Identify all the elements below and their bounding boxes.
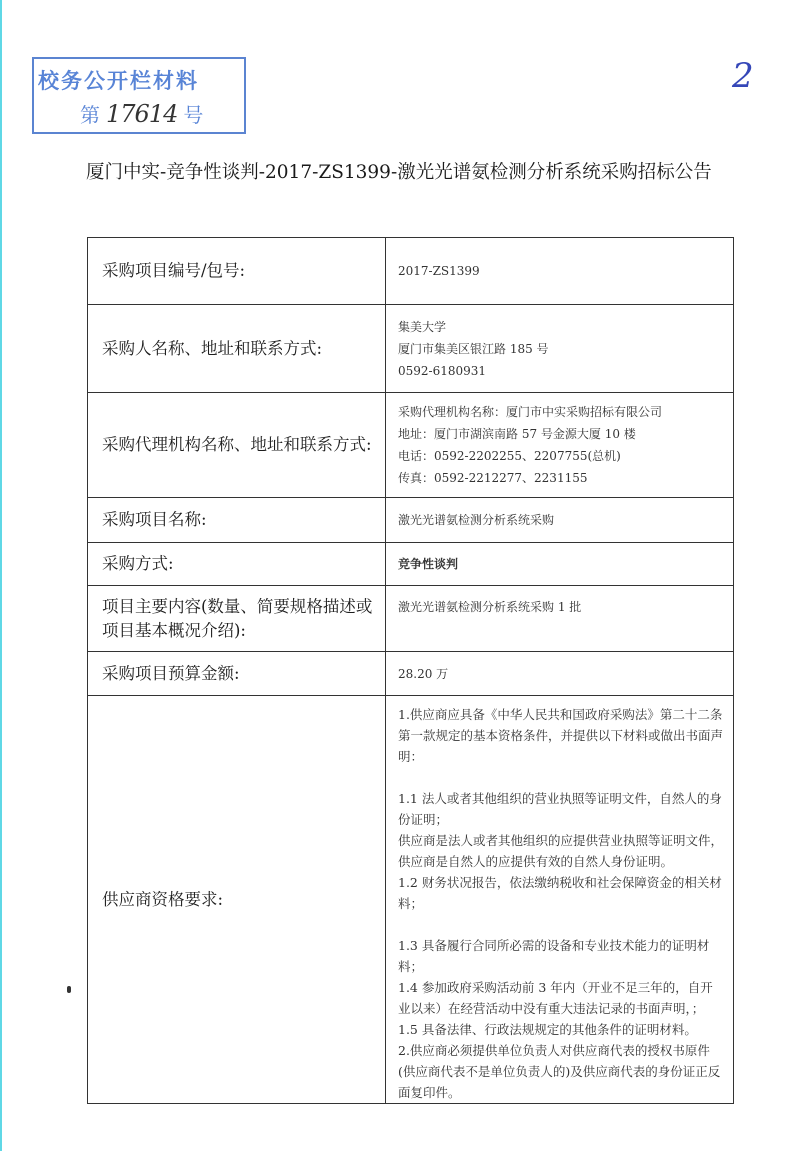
row-label: 采购代理机构名称、地址和联系方式: <box>88 393 386 498</box>
scan-edge <box>0 0 2 1151</box>
row-label: 项目主要内容(数量、简要规格描述或项目基本概况介绍): <box>88 586 386 652</box>
requirement-item: 供应商是法人或者其他组织的应提供营业执照等证明文件，供应商是自然人的应提供有效的… <box>398 830 725 872</box>
table-row: 采购方式: 竞争性谈判 <box>88 543 734 586</box>
purchaser-phone: 0592-6180931 <box>398 360 725 382</box>
stamp-prefix: 第 <box>80 103 100 127</box>
row-label: 采购项目预算金额: <box>88 652 386 696</box>
stamp-number: 17614 <box>106 100 177 128</box>
table-row: 采购项目名称: 激光光谱氨检测分析系统采购 <box>88 498 734 543</box>
requirement-item: 2.供应商必须提供单位负责人对供应商代表的授权书原件(供应商代表不是单位负责人的… <box>398 1040 725 1103</box>
requirement-item: 1.1 法人或者其他组织的营业执照等证明文件，自然人的身份证明； <box>398 788 725 830</box>
requirement-item: 1.2 财务状况报告，依法缴纳税收和社会保障资金的相关材料； <box>398 872 725 914</box>
table-row: 采购代理机构名称、地址和联系方式: 采购代理机构名称：厦门市中实采购招标有限公司… <box>88 393 734 498</box>
agency-fax: 传真：0592-2212277、2231155 <box>398 467 725 489</box>
publication-stamp: 校务公开栏材料 第17614号 <box>32 57 246 134</box>
supplier-requirements: 1.供应商应具备《中华人民共和国政府采购法》第二十二条第一款规定的基本资格条件，… <box>386 696 734 1104</box>
row-label: 采购方式: <box>88 543 386 586</box>
purchaser-info: 集美大学 厦门市集美区银江路 185 号 0592-6180931 <box>386 305 734 393</box>
agency-name: 采购代理机构名称：厦门市中实采购招标有限公司 <box>398 401 725 423</box>
agency-phone: 电话：0592-2202255、2207755(总机) <box>398 445 725 467</box>
table-row: 采购项目编号/包号: 2017-ZS1399 <box>88 238 734 305</box>
document-title: 厦门中实-竞争性谈判-2017-ZS1399-激光光谱氨检测分析系统采购招标公告 <box>86 158 746 184</box>
agency-address: 地址：厦门市湖滨南路 57 号金源大厦 10 楼 <box>398 423 725 445</box>
row-label: 采购人名称、地址和联系方式: <box>88 305 386 393</box>
row-label: 采购项目编号/包号: <box>88 238 386 305</box>
table-row: 项目主要内容(数量、简要规格描述或项目基本概况介绍): 激光光谱氨检测分析系统采… <box>88 586 734 652</box>
row-label: 供应商资格要求: <box>88 696 386 1104</box>
requirement-item: 1.供应商应具备《中华人民共和国政府采购法》第二十二条第一款规定的基本资格条件，… <box>398 704 725 767</box>
stamp-title: 校务公开栏材料 <box>38 65 199 95</box>
project-number: 2017-ZS1399 <box>386 238 734 305</box>
scan-speck <box>67 986 71 993</box>
project-content: 激光光谱氨检测分析系统采购 1 批 <box>386 586 734 652</box>
budget-amount: 28.20 万 <box>386 652 734 696</box>
purchaser-name: 集美大学 <box>398 316 725 338</box>
agency-info: 采购代理机构名称：厦门市中实采购招标有限公司 地址：厦门市湖滨南路 57 号金源… <box>386 393 734 498</box>
announcement-table: 采购项目编号/包号: 2017-ZS1399 采购人名称、地址和联系方式: 集美… <box>87 237 734 1104</box>
table-row: 采购人名称、地址和联系方式: 集美大学 厦门市集美区银江路 185 号 0592… <box>88 305 734 393</box>
row-label: 采购项目名称: <box>88 498 386 543</box>
requirement-item: 1.3 具备履行合同所必需的设备和专业技术能力的证明材料； <box>398 935 725 977</box>
project-name: 激光光谱氨检测分析系统采购 <box>386 498 734 543</box>
requirement-item: 1.5 具备法律、行政法规规定的其他条件的证明材料。 <box>398 1019 725 1040</box>
table-row: 采购项目预算金额: 28.20 万 <box>88 652 734 696</box>
table-row: 供应商资格要求: 1.供应商应具备《中华人民共和国政府采购法》第二十二条第一款规… <box>88 696 734 1104</box>
procurement-method: 竞争性谈判 <box>386 543 734 586</box>
purchaser-address: 厦门市集美区银江路 185 号 <box>398 338 725 360</box>
requirement-item: 1.4 参加政府采购活动前 3 年内（开业不足三年的，自开业以来）在经营活动中没… <box>398 977 725 1019</box>
stamp-suffix: 号 <box>183 103 203 127</box>
stamp-number-line: 第17614号 <box>80 99 203 128</box>
handwritten-page-number: 2 <box>732 56 754 96</box>
